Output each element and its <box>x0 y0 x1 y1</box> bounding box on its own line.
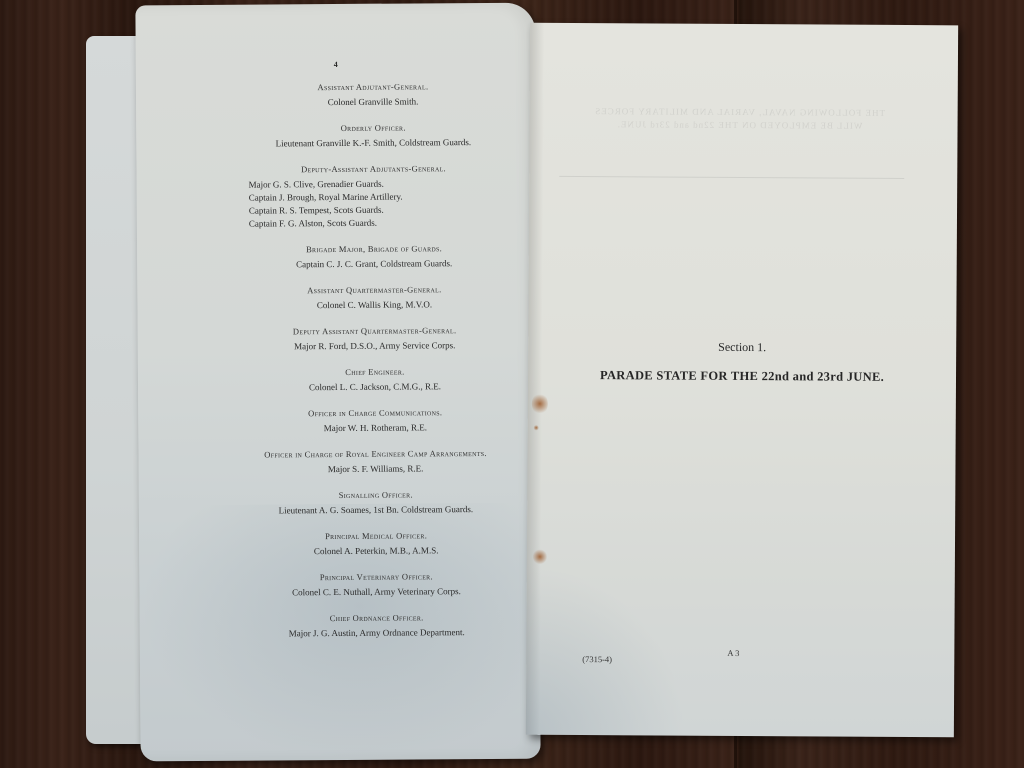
showthrough-rule <box>559 176 904 179</box>
roster-name: Lieutenant A. G. Soames, 1st Bn. Coldstr… <box>231 503 521 518</box>
section-label: Section 1. <box>528 339 956 357</box>
roster-entry: Chief Ordnance Officer.Major J. G. Austi… <box>232 612 522 641</box>
roster-name: Major J. G. Austin, Army Ordnance Depart… <box>232 626 522 641</box>
roster-role: Assistant Quartermaster-General. <box>229 284 519 296</box>
right-page: THE FOLLOWING NAVAL, VARIAL AND MILITARY… <box>526 23 958 738</box>
roster-entry: Principal Veterinary Officer.Colonel C. … <box>231 571 521 600</box>
roster-role: Principal Medical Officer. <box>231 530 521 542</box>
showthrough-text: THE FOLLOWING NAVAL, VARIAL AND MILITARY… <box>560 105 920 133</box>
roster-entry: Officer in Charge of Royal Engineer Camp… <box>230 448 520 477</box>
photo-shadow <box>526 565 687 736</box>
roster-name: Major R. Ford, D.S.O., Army Service Corp… <box>230 339 520 354</box>
roster-name: Colonel Granville Smith. <box>228 95 518 110</box>
roster-name: Captain C. J. C. Grant, Coldstream Guard… <box>229 257 519 272</box>
roster-entry: Orderly Officer.Lieutenant Granville K.-… <box>228 122 518 151</box>
roster-entry: Officer in Charge Communications.Major W… <box>230 407 520 436</box>
roster-role: Chief Ordnance Officer. <box>232 612 522 624</box>
signature-mark: A 3 <box>727 648 739 658</box>
roster-name: Captain F. G. Alston, Scots Guards. <box>229 216 519 231</box>
roster-role: Officer in Charge of Royal Engineer Camp… <box>230 448 520 460</box>
roster-role: Officer in Charge Communications. <box>230 407 520 419</box>
roster-entry: Chief Engineer.Colonel L. C. Jackson, C.… <box>230 366 520 395</box>
foxing-stain <box>532 393 548 415</box>
roster-entry: Assistant Adjutant-General.Colonel Granv… <box>228 81 518 110</box>
roster-role: Deputy-Assistant Adjutants-General. <box>228 163 518 175</box>
officer-roster: Assistant Adjutant-General.Colonel Granv… <box>228 81 522 655</box>
roster-name: Major S. F. Williams, R.E. <box>231 462 521 477</box>
showthrough-line: THE FOLLOWING NAVAL, VARIAL AND MILITARY… <box>560 105 920 120</box>
roster-role: Chief Engineer. <box>230 366 520 378</box>
foxing-stain <box>533 549 547 565</box>
roster-role: Signalling Officer. <box>231 489 521 501</box>
roster-role: Orderly Officer. <box>228 122 518 134</box>
page-number: 4 <box>136 59 536 71</box>
roster-name: Colonel C. E. Nuthall, Army Veterinary C… <box>231 585 521 600</box>
showthrough-line: WILL BE EMPLOYED ON THE 22nd and 23rd JU… <box>560 118 920 133</box>
roster-role: Deputy Assistant Quartermaster-General. <box>230 325 520 337</box>
roster-entry: Signalling Officer.Lieutenant A. G. Soam… <box>231 489 521 518</box>
left-page: 4 Assistant Adjutant-General.Colonel Gra… <box>135 3 540 762</box>
roster-entry: Deputy-Assistant Adjutants-General.Major… <box>228 163 518 231</box>
roster-role: Brigade Major, Brigade of Guards. <box>229 243 519 255</box>
roster-name: Colonel L. C. Jackson, C.M.G., R.E. <box>230 380 520 395</box>
roster-name: Lieutenant Granville K.-F. Smith, Coldst… <box>228 136 518 151</box>
section-title: PARADE STATE FOR THE 22nd and 23rd JUNE. <box>528 368 956 386</box>
roster-entry: Deputy Assistant Quartermaster-General.M… <box>230 325 520 354</box>
roster-name: Major W. H. Rotheram, R.E. <box>230 421 520 436</box>
print-code: (7315-4) <box>582 654 612 664</box>
roster-entry: Brigade Major, Brigade of Guards.Captain… <box>229 243 519 272</box>
foxing-stain <box>534 425 539 431</box>
roster-name: Colonel A. Peterkin, M.B., A.M.S. <box>231 544 521 559</box>
roster-role: Assistant Adjutant-General. <box>228 81 518 93</box>
roster-role: Principal Veterinary Officer. <box>231 571 521 583</box>
roster-name: Colonel C. Wallis King, M.V.O. <box>229 298 519 313</box>
roster-entry: Principal Medical Officer.Colonel A. Pet… <box>231 530 521 559</box>
roster-entry: Assistant Quartermaster-General.Colonel … <box>229 284 519 313</box>
